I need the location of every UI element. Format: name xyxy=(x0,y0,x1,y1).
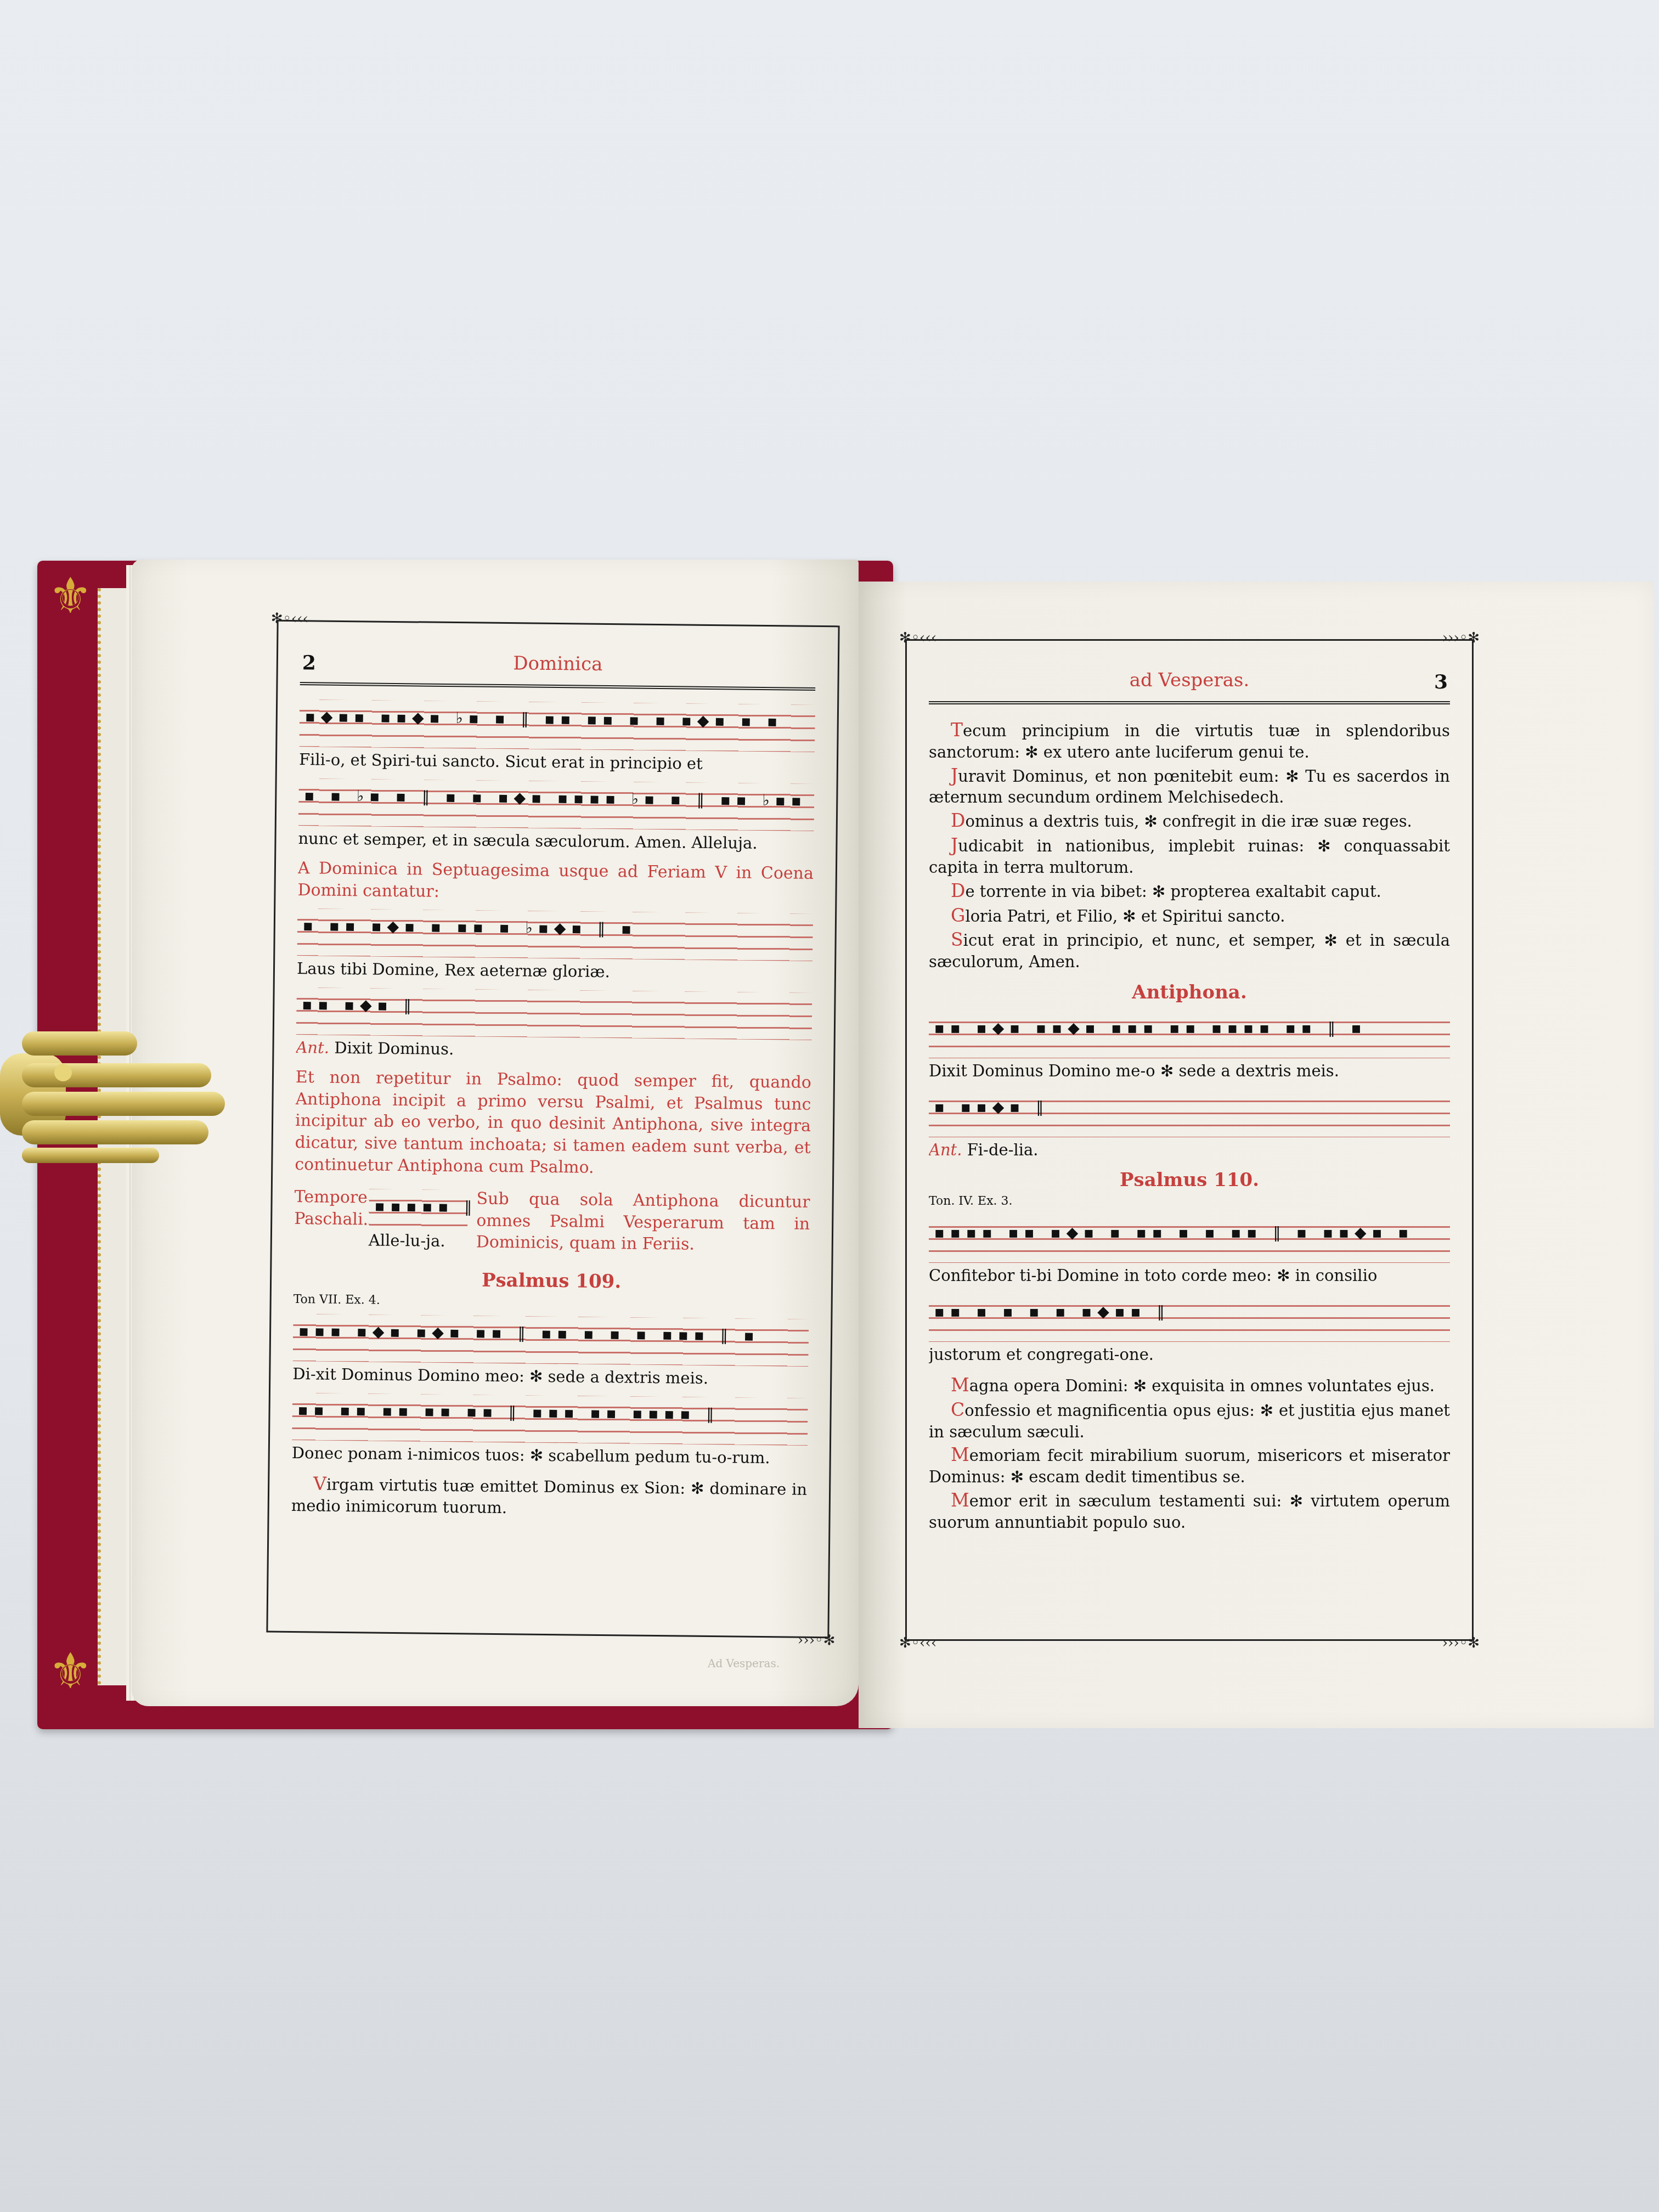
chant-lyric: Fili-o, et Spiri-tui sancto. Sicut erat … xyxy=(299,750,815,774)
neume-notes: ▪▪ ▪ ▪ ▪ ▪ ▪◆▪▪ ‖ xyxy=(934,1302,1170,1321)
neume-notes: ▪▪ ▪◆▪ ▪▪◆▪ ▪▪▪ ▪▪ ▪▪▪▪ ▪▪ ‖ ▪ xyxy=(934,1019,1367,1037)
music-staff: ▪◆▪▪ ▪▪◆▪ ♭▪ ▪ ‖ ▪▪ ▪▪ ▪ ▪ ▪◆▪ ▪ ▪ xyxy=(299,699,815,752)
fleur-de-lis-icon: ⚜ xyxy=(48,1647,93,1696)
chant-lyric: Confitebor ti-bi Domine in toto corde me… xyxy=(929,1266,1450,1285)
verse-text: emoriam fecit mirabilium suorum, miseric… xyxy=(929,1446,1450,1486)
verse-text: onfessio et magnificentia opus ejus: ✻ e… xyxy=(929,1401,1450,1441)
verse-initial: M xyxy=(951,1444,969,1465)
page-frame: ✻◦‹‹‹ ›››◦✻ 2 Dominica ▪◆▪▪ ▪▪◆▪ ♭▪ ▪ ‖ … xyxy=(266,620,839,1639)
psalm-verse: Virgam virtutis tuæ emittet Dominus ex S… xyxy=(291,1472,808,1521)
verse-text: ecum principium in die virtutis tuæ in s… xyxy=(929,721,1450,761)
verse-text: loria Patri, et Filio, ✻ et Spiritui san… xyxy=(965,907,1285,926)
ant-label: Ant. xyxy=(929,1141,962,1159)
corner-ornament-icon: ›››◦✻ xyxy=(1442,630,1480,646)
corner-ornament-icon: ›››◦✻ xyxy=(1442,1635,1480,1651)
music-staff: ▪▪ ▪◆▪ ▪▪◆▪ ▪▪▪ ▪▪ ▪▪▪▪ ▪▪ ‖ ▪ xyxy=(929,1011,1450,1058)
verse-text: icut erat in principio, et nunc, et semp… xyxy=(929,931,1450,971)
paschal-label: Tempore Paschali. xyxy=(294,1186,360,1230)
psalm-verse: Sicut erat in principio, et nunc, et sem… xyxy=(929,928,1450,973)
chant-lyric: nunc et semper, et in sæcula sæculorum. … xyxy=(298,829,814,853)
verse-initial: C xyxy=(951,1399,964,1420)
right-page: ✻◦‹‹‹ ›››◦✻ ✻◦‹‹‹ ›››◦✻ ad Vesperas. 3 T… xyxy=(859,582,1654,1728)
verse-initial: M xyxy=(951,1489,969,1511)
psalm-verse: Memoriam fecit mirabilium suorum, miseri… xyxy=(929,1443,1450,1488)
verse-initial: V xyxy=(313,1473,326,1494)
psalm-title: Psalmus 110. xyxy=(929,1169,1450,1191)
chant-lyric: Laus tibi Domine, Rex aeternæ gloriæ. xyxy=(297,959,812,983)
verse-initial: G xyxy=(951,905,965,926)
music-staff: ▪ ▪▪◆▪ ‖ xyxy=(929,1090,1450,1137)
chant-lyric: Dixit Dominus Domino me-o ✻ sede a dextr… xyxy=(929,1062,1450,1080)
antiphon-line: Ant. Dixit Dominus. xyxy=(296,1038,811,1062)
verse-text: e torrente in via bibet: ✻ propterea exa… xyxy=(965,882,1381,901)
page-number: 3 xyxy=(1434,670,1448,693)
psalm-title: Psalmus 109. xyxy=(294,1267,809,1295)
corner-ornament-icon: ›››◦✻ xyxy=(798,1632,836,1649)
music-staff: ▪▪ ▪▪ ▪▪ ▪▪ ▪▪ ‖ ▪▪▪ ▪▪ ▪▪▪▪ ‖ xyxy=(292,1393,808,1446)
psalm-verse: Dominus a dextris tuis, ✻ confregit in d… xyxy=(929,809,1450,833)
chant-lyric: Donec ponam i-nimicos tuos: ✻ scabellum … xyxy=(292,1443,808,1468)
psalm-verse: Gloria Patri, et Filio, ✻ et Spiritui sa… xyxy=(929,904,1450,928)
rubric-text: Sub qua sola Antiphona dicuntur omnes Ps… xyxy=(476,1188,810,1257)
psalm-verse: Confessio et magnificentia opus ejus: ✻ … xyxy=(929,1398,1450,1443)
psalm-verse: Magna opera Domini: ✻ exquisita in omnes… xyxy=(929,1374,1450,1397)
page-header: ad Vesperas. 3 xyxy=(929,663,1450,704)
psalm-verse: Tecum principium in die virtutis tuæ in … xyxy=(929,719,1450,763)
bleed-through-footer: Ad Vesperas. xyxy=(708,1657,780,1670)
corner-ornament-icon: ✻◦‹‹‹ xyxy=(899,1635,936,1651)
left-page: ✻◦‹‹‹ ›››◦✻ 2 Dominica ▪◆▪▪ ▪▪◆▪ ♭▪ ▪ ‖ … xyxy=(132,560,859,1706)
verse-text: ominus a dextris tuis, ✻ confregit in di… xyxy=(965,812,1412,831)
music-staff: ▪ ▪ ♭▪ ▪ ‖ ▪ ▪ ▪◆▪ ▪▪▪▪ ♭▪ ▪ ‖ ▪▪ ♭▪▪ ‖ xyxy=(298,778,815,831)
music-staff: ▪▪▪▪ ▪▪ ▪◆▪ ▪ ▪▪ ▪ ▪ ▪▪ ‖ ▪ ▪▪◆▪ ▪ xyxy=(929,1216,1450,1263)
psalm-verse: Judicabit in nationibus, implebit ruinas… xyxy=(929,834,1450,878)
brass-hand-icon xyxy=(0,1020,225,1163)
neume-notes: ▪ ▪ ♭▪ ▪ ‖ ▪ ▪ ▪◆▪ ▪▪▪▪ ♭▪ ▪ ‖ ▪▪ ♭▪▪ ‖ xyxy=(304,786,816,810)
music-staff: ▪ ▪▪ ▪◆▪ ▪ ▪▪ ▪ ♭▪◆▪ ‖ ▪ xyxy=(297,909,813,961)
ant-text: Dixit Dominus. xyxy=(334,1039,454,1058)
tone-label: Ton. IV. Ex. 3. xyxy=(929,1194,1450,1208)
corner-ornament-icon: ✻◦‹‹‹ xyxy=(899,630,936,646)
page-frame: ✻◦‹‹‹ ›››◦✻ ✻◦‹‹‹ ›››◦✻ ad Vesperas. 3 T… xyxy=(905,639,1474,1641)
corner-ornament-icon: ✻◦‹‹‹ xyxy=(271,611,309,628)
neume-notes: ▪▪▪▪ ▪▪ ▪◆▪ ▪ ▪▪ ▪ ▪ ▪▪ ‖ ▪ ▪▪◆▪ ▪ xyxy=(934,1223,1414,1242)
psalm-verse: De torrente in via bibet: ✻ propterea ex… xyxy=(929,879,1450,903)
psalm-verse: Juravit Dominus, et non pœnitebit eum: ✻… xyxy=(929,764,1450,809)
verse-initial: D xyxy=(951,810,965,831)
tone-label: Ton VII. Ex. 4. xyxy=(294,1293,809,1312)
neume-notes: ▪ ▪▪◆▪ ‖ xyxy=(934,1098,1049,1116)
paschal-block: Tempore Paschali. ▪▪▪▪▪ ‖ Alle-lu-ja. Su… xyxy=(294,1181,810,1264)
verse-initial: D xyxy=(951,880,965,901)
verse-initial: M xyxy=(951,1374,969,1396)
verse-text: agna opera Domini: ✻ exquisita in omnes … xyxy=(969,1376,1435,1395)
fleur-de-lis-icon: ⚜ xyxy=(48,572,93,621)
verse-text: irgam virtutis tuæ emittet Dominus ex Si… xyxy=(291,1475,808,1517)
neume-notes: ▪◆▪▪ ▪▪◆▪ ♭▪ ▪ ‖ ▪▪ ▪▪ ▪ ▪ ▪◆▪ ▪ ▪ xyxy=(305,707,783,730)
running-title: ad Vesperas. xyxy=(929,669,1450,691)
antiphona-title: Antiphona. xyxy=(929,981,1450,1003)
music-staff: ▪▪▪▪▪ ‖ xyxy=(369,1189,468,1229)
psalm-verse: Memor erit in sæculum testamenti sui: ✻ … xyxy=(929,1489,1450,1533)
verse-initial: T xyxy=(951,719,963,741)
ant-text: Fi-de-lia. xyxy=(967,1141,1039,1159)
verse-text: emor erit in sæculum testamenti sui: ✻ v… xyxy=(929,1492,1450,1532)
page-header: 2 Dominica xyxy=(300,644,816,691)
neume-notes: ▪▪ ▪◆▪ ‖ xyxy=(302,995,417,1014)
verse-text: uravit Dominus, et non pœnitebit eum: ✻ … xyxy=(929,767,1450,807)
verse-initial: J xyxy=(951,834,958,856)
verse-text: udicabit in nationibus, implebit ruinas:… xyxy=(929,837,1450,877)
neume-notes: ▪▪▪ ▪◆▪ ▪◆▪ ▪▪ ‖ ▪▪ ▪ ▪ ▪ ▪▪▪ ‖ ▪ xyxy=(298,1322,760,1345)
rubric-text: Et non repetitur in Psalmo: quod semper … xyxy=(295,1066,811,1181)
music-staff: ▪▪ ▪◆▪ ‖ xyxy=(296,988,812,1040)
neume-notes: ▪▪ ▪▪ ▪▪ ▪▪ ▪▪ ‖ ▪▪▪ ▪▪ ▪▪▪▪ ‖ xyxy=(297,1401,719,1423)
chant-lyric: Alle-lu-ja. xyxy=(369,1231,467,1251)
verse-initial: J xyxy=(951,765,958,786)
music-staff: ▪▪ ▪ ▪ ▪ ▪ ▪◆▪▪ ‖ xyxy=(929,1295,1450,1342)
chant-lyric: Di-xit Dominus Domino meo: ✻ sede a dext… xyxy=(292,1364,808,1389)
running-title: Dominica xyxy=(300,650,816,678)
rubric-text: A Dominica in Septuagesima usque ad Feri… xyxy=(297,857,814,906)
music-staff: ▪▪▪ ▪◆▪ ▪◆▪ ▪▪ ‖ ▪▪ ▪ ▪ ▪ ▪▪▪ ‖ ▪ xyxy=(293,1314,809,1367)
neume-notes: ▪▪▪▪▪ ‖ xyxy=(374,1197,477,1216)
neume-notes: ▪ ▪▪ ▪◆▪ ▪ ▪▪ ▪ ♭▪◆▪ ‖ ▪ xyxy=(303,916,637,938)
ant-label: Ant. xyxy=(296,1038,329,1057)
verse-initial: S xyxy=(951,929,963,950)
chant-lyric: justorum et congregati-one. xyxy=(929,1345,1450,1364)
antiphon-line: Ant. Fi-de-lia. xyxy=(929,1141,1450,1159)
